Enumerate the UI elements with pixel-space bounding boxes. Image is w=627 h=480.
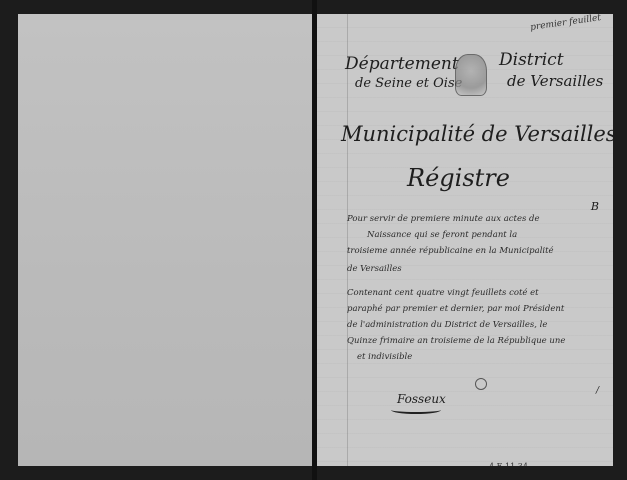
register-title: Régistre xyxy=(407,164,510,192)
municipality-title: Municipalité de Versailles xyxy=(341,122,613,146)
header-versailles: de Versailles xyxy=(507,72,603,90)
left-page-blank xyxy=(18,14,316,466)
small-stamp-icon xyxy=(475,378,487,390)
paragraph2-line4: Quinze frimaire an troisieme de la Répub… xyxy=(347,336,565,346)
corner-letter: B xyxy=(591,200,599,213)
folio-note: premier feuillet xyxy=(529,14,601,33)
paragraph1-line1: Pour servir de premiere minute aux actes… xyxy=(347,214,540,224)
paragraph1-line2: Naissance qui se feront pendant la xyxy=(367,230,517,240)
paragraph1-line3: troisieme année républicaine en la Munic… xyxy=(347,246,554,256)
header-district: District xyxy=(499,50,564,70)
paragraph2-line1: Contenant cent quatre vingt feuillets co… xyxy=(347,288,539,298)
signature: Fosseux xyxy=(397,392,446,406)
seal-emblem-icon xyxy=(455,54,487,96)
margin-mark: / xyxy=(596,386,599,396)
paragraph2-line2: paraphé par premier et dernier, par moi … xyxy=(347,304,564,314)
margin-line xyxy=(347,14,348,466)
right-page: premier feuillet Département de Seine et… xyxy=(317,14,613,466)
archive-number: 4 E 11 34 xyxy=(489,462,528,466)
paragraph1-line4: de Versailles xyxy=(347,264,402,274)
signature-flourish xyxy=(391,406,441,414)
header-departement: Département xyxy=(345,54,459,74)
paragraph2-line3: de l'administration du District de Versa… xyxy=(347,320,547,330)
header-seine-et-oise: de Seine et Oise xyxy=(355,76,462,91)
paragraph2-line5: et indivisible xyxy=(357,352,412,362)
